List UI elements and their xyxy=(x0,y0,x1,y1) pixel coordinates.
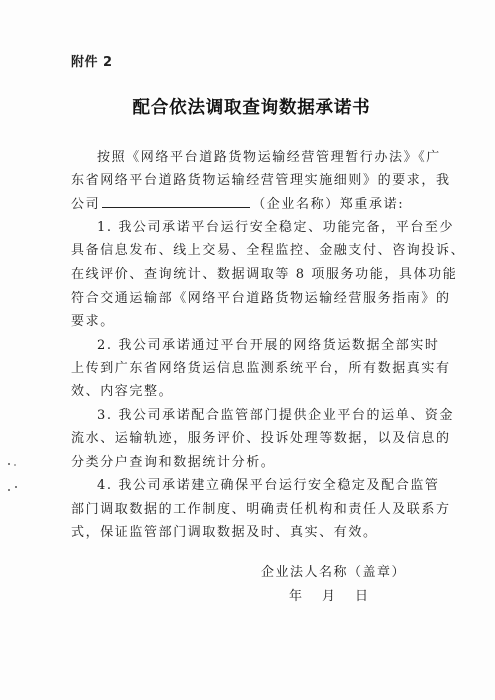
intro-line-3: 公司（企业名称）郑重承诺: xyxy=(71,195,404,213)
signature-label: 企业法人名称（盖章） xyxy=(261,561,406,580)
intro-line-1: 按照《网络平台道路货物运输经营管理暂行办法》《广 xyxy=(97,149,441,166)
scan-speck xyxy=(14,464,16,466)
item-1-line-5: 要求。 xyxy=(71,313,115,330)
date-month: 月 xyxy=(322,585,335,604)
item-4-line-2: 部门调取数据的工作制度、明确责任机构和责任人及联系方 xyxy=(71,501,451,518)
item-4-line-1: 4. 我公司承诺建立确保平台运行安全稳定及配合监管 xyxy=(97,477,440,494)
scan-speck xyxy=(8,489,10,491)
intro-line-3-suffix: （企业名称）郑重承诺: xyxy=(252,197,404,212)
item-2-line-2: 上传到广东省网络货运信息监测系统平台，所有数据真实有 xyxy=(71,360,451,377)
document-page: 附件 2 配合依法调取查询数据承诺书 按照《网络平台道路货物运输经营管理暂行办法… xyxy=(0,0,495,700)
company-name-blank[interactable] xyxy=(102,195,250,208)
intro-line-2: 东省网络平台道路货物运输经营管理实施细则》的要求，我 xyxy=(71,172,451,189)
item-1-line-2: 具备信息发布、线上交易、全程监控、金融支付、咨询投诉、 xyxy=(71,242,465,259)
scan-speck xyxy=(8,463,10,465)
item-2-line-3: 效、内容完整。 xyxy=(71,383,173,400)
item-1-line-3: 在线评价、查询统计、数据调取等 8 项服务功能，具体功能 xyxy=(71,266,457,283)
item-1-line-1: 1. 我公司承诺平台运行安全稳定、功能完备，平台至少 xyxy=(97,219,454,236)
item-1-line-4: 符合交通运输部《网络平台道路货物运输经营服务指南》的 xyxy=(71,290,451,307)
attachment-label: 附件 2 xyxy=(71,51,113,70)
item-3-line-2: 流水、运输轨迹，服务评价、投诉处理等数据，以及信息的 xyxy=(71,430,451,447)
date-day: 日 xyxy=(355,585,368,604)
date-year: 年 xyxy=(289,585,302,604)
item-3-line-1: 3. 我公司承诺配合监管部门提供企业平台的运单、资金 xyxy=(97,407,454,424)
item-4-line-3: 式，保证监管部门调取数据及时、真实、有效。 xyxy=(71,524,378,541)
scan-speck xyxy=(15,486,17,488)
item-3-line-3: 分类分户查询和数据统计分析。 xyxy=(71,454,275,471)
document-title: 配合依法调取查询数据承诺书 xyxy=(0,94,495,119)
intro-line-3-prefix: 公司 xyxy=(71,197,100,212)
item-2-line-1: 2. 我公司承诺通过平台开展的网络货运数据全部实时 xyxy=(97,337,440,354)
